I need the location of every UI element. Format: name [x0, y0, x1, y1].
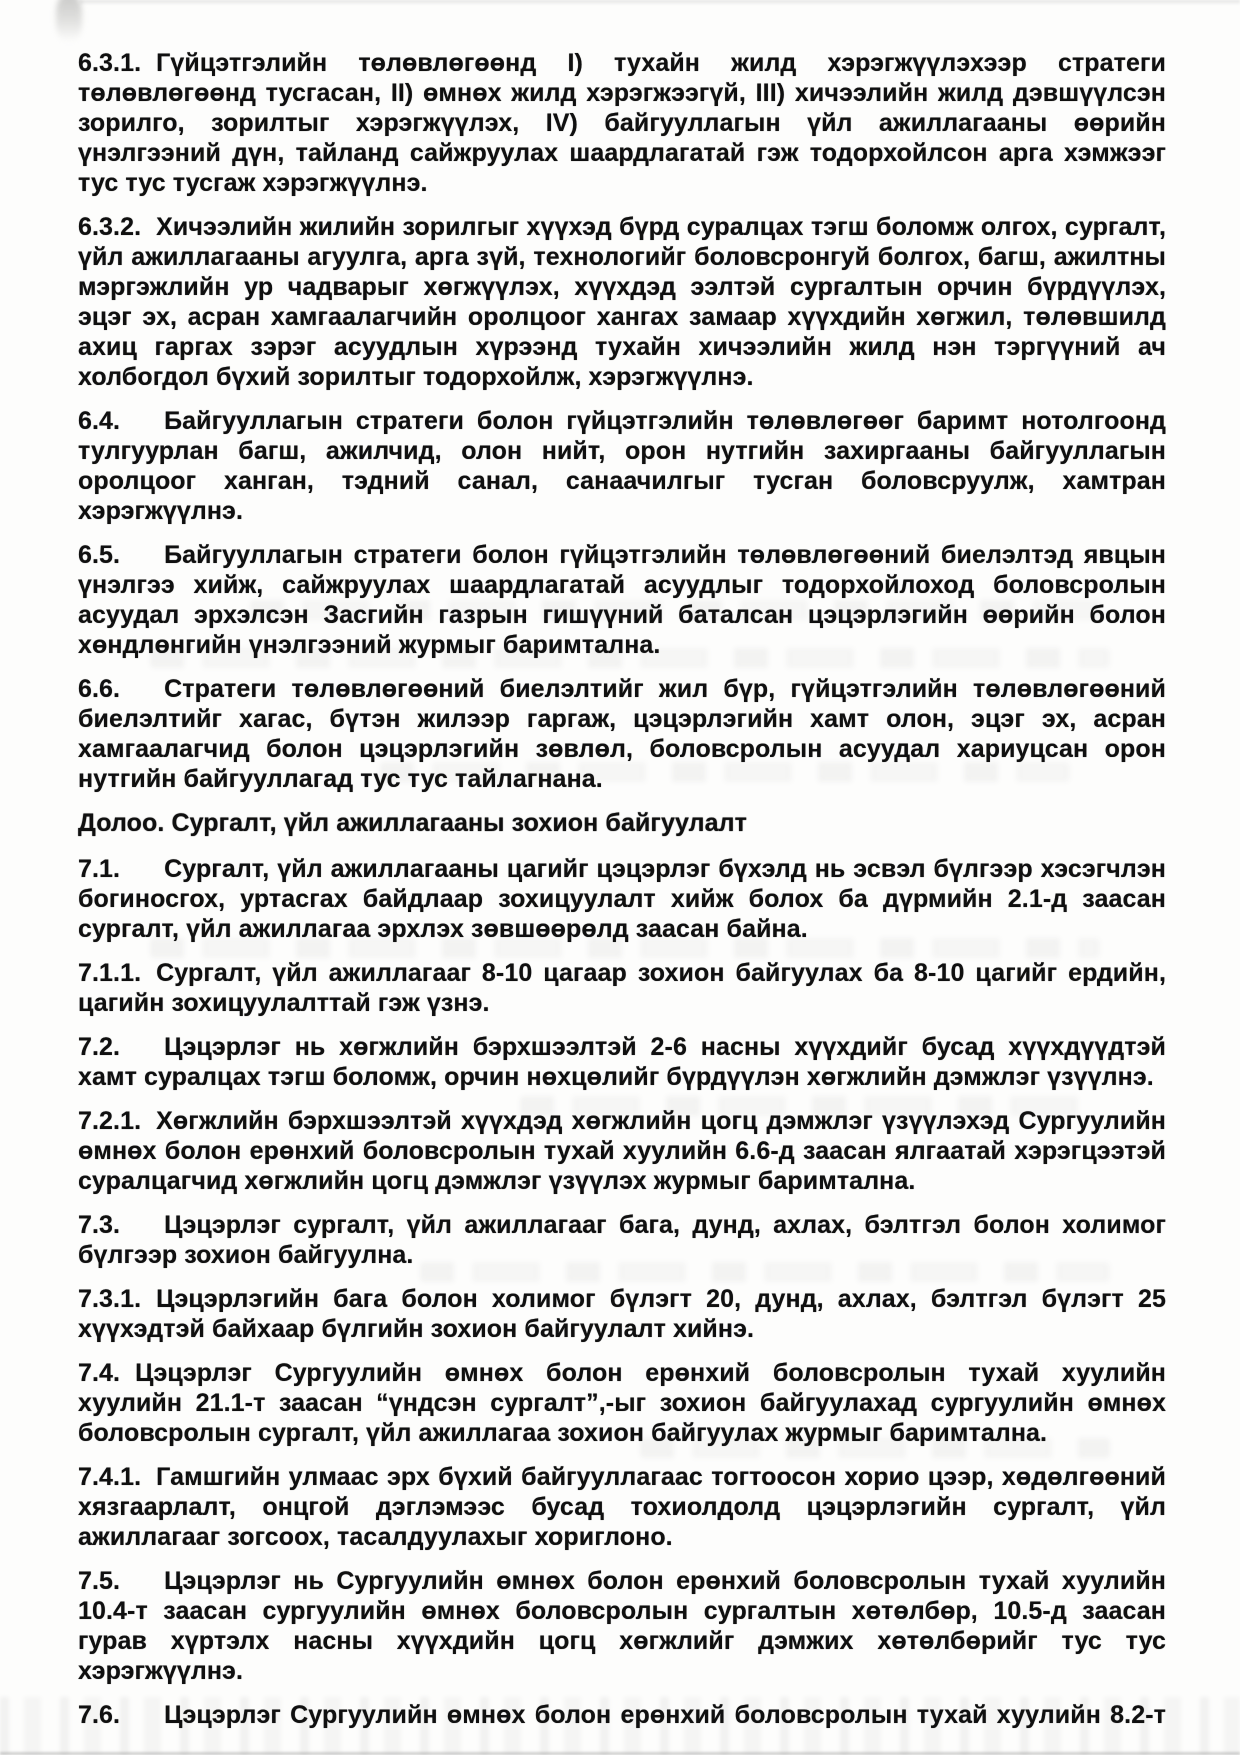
clause-text: Цэцэрлэг Сургуулийн өмнөх болон ерөнхий …: [164, 1701, 1166, 1729]
clause-6-3-1: 6.3.1.Гүйцэтгэлийн төлөвлөгөөнд I) тухай…: [78, 48, 1166, 198]
clause-number: 7.2.1.: [78, 1107, 141, 1135]
clause-number: 7.4.: [78, 1359, 120, 1387]
clause-text: Цэцэрлэг сургалт, үйл ажиллагааг бага, д…: [78, 1211, 1166, 1269]
clause-7-1-1: 7.1.1.Сургалт, үйл ажиллагааг 8-10 цагаа…: [78, 958, 1166, 1018]
clause-7-1: 7.1.Сургалт, үйл ажиллагааны цагийг цэцэ…: [78, 854, 1166, 944]
document-body: 6.3.1.Гүйцэтгэлийн төлөвлөгөөнд I) тухай…: [78, 48, 1166, 1730]
clause-7-5: 7.5.Цэцэрлэг нь Сургуулийн өмнөх болон е…: [78, 1566, 1166, 1686]
scan-corner-smudge: [56, 0, 82, 42]
clause-text: Гүйцэтгэлийн төлөвлөгөөнд I) тухайн жилд…: [78, 49, 1166, 197]
clause-text: Цэцэрлэг Сургуулийн өмнөх болон ерөнхий …: [78, 1359, 1166, 1447]
clause-number: 6.6.: [78, 675, 120, 703]
clause-text: Байгууллагын стратеги болон гүйцэтгэлийн…: [78, 541, 1166, 659]
clause-7-6: 7.6.Цэцэрлэг Сургуулийн өмнөх болон ерөн…: [78, 1700, 1166, 1730]
clause-number: 6.5.: [78, 541, 120, 569]
clause-text: Хөгжлийн бэрхшээлтэй хүүхдэд хөгжлийн цо…: [78, 1107, 1166, 1195]
clause-number: 6.3.1.: [78, 49, 141, 77]
clause-text: Гамшгийн улмаас эрх бүхий байгууллагаас …: [78, 1463, 1166, 1551]
clause-number: 7.1.1.: [78, 959, 141, 987]
clause-text: Цэцэрлэг нь хөгжлийн бэрхшээлтэй 2-6 нас…: [78, 1033, 1166, 1091]
clause-number: 6.3.2.: [78, 213, 141, 241]
clause-text: Сургалт, үйл ажиллагааны цагийг цэцэрлэг…: [78, 855, 1166, 943]
clause-number: 7.3.1.: [78, 1285, 141, 1313]
clause-6-5: 6.5.Байгууллагын стратеги болон гүйцэтгэ…: [78, 540, 1166, 660]
document-page: 6.3.1.Гүйцэтгэлийн төлөвлөгөөнд I) тухай…: [0, 0, 1240, 1755]
clause-7-4: 7.4.Цэцэрлэг Сургуулийн өмнөх болон ерөн…: [78, 1358, 1166, 1448]
clause-number: 7.6.: [78, 1701, 120, 1729]
clause-text: Байгууллагын стратеги болон гүйцэтгэлийн…: [78, 407, 1166, 525]
clause-6-3-2: 6.3.2.Хичээлийн жилийн зорилгыг хүүхэд б…: [78, 212, 1166, 392]
clause-text: Стратеги төлөвлөгөөний биелэлтийг жил бү…: [78, 675, 1166, 793]
clause-7-2-1: 7.2.1.Хөгжлийн бэрхшээлтэй хүүхдэд хөгжл…: [78, 1106, 1166, 1196]
clause-number: 7.5.: [78, 1567, 120, 1595]
clause-text: Цэцэрлэг нь Сургуулийн өмнөх болон ерөнх…: [78, 1567, 1166, 1685]
clause-7-3: 7.3.Цэцэрлэг сургалт, үйл ажиллагааг баг…: [78, 1210, 1166, 1270]
clause-number: 7.2.: [78, 1033, 120, 1061]
clause-7-2: 7.2.Цэцэрлэг нь хөгжлийн бэрхшээлтэй 2-6…: [78, 1032, 1166, 1092]
clause-number: 7.1.: [78, 855, 120, 883]
clause-6-4: 6.4.Байгууллагын стратеги болон гүйцэтгэ…: [78, 406, 1166, 526]
clause-text: Цэцэрлэгийн бага болон холимог бүлэгт 20…: [78, 1285, 1166, 1343]
clause-7-4-1: 7.4.1.Гамшгийн улмаас эрх бүхий байгуулл…: [78, 1462, 1166, 1552]
clause-number: 6.4.: [78, 407, 120, 435]
clause-6-6: 6.6.Стратеги төлөвлөгөөний биелэлтийг жи…: [78, 674, 1166, 794]
clause-number: 7.3.: [78, 1211, 120, 1239]
clause-text: Хичээлийн жилийн зорилгыг хүүхэд бүрд су…: [78, 213, 1166, 391]
clause-number: 7.4.1.: [78, 1463, 141, 1491]
clause-text: Сургалт, үйл ажиллагааг 8-10 цагаар зохи…: [78, 959, 1166, 1017]
scan-top-edge-shadow: [80, 0, 1240, 5]
clause-7-3-1: 7.3.1.Цэцэрлэгийн бага болон холимог бүл…: [78, 1284, 1166, 1344]
section-heading: Долоо. Сургалт, үйл ажиллагааны зохион б…: [78, 808, 1166, 838]
